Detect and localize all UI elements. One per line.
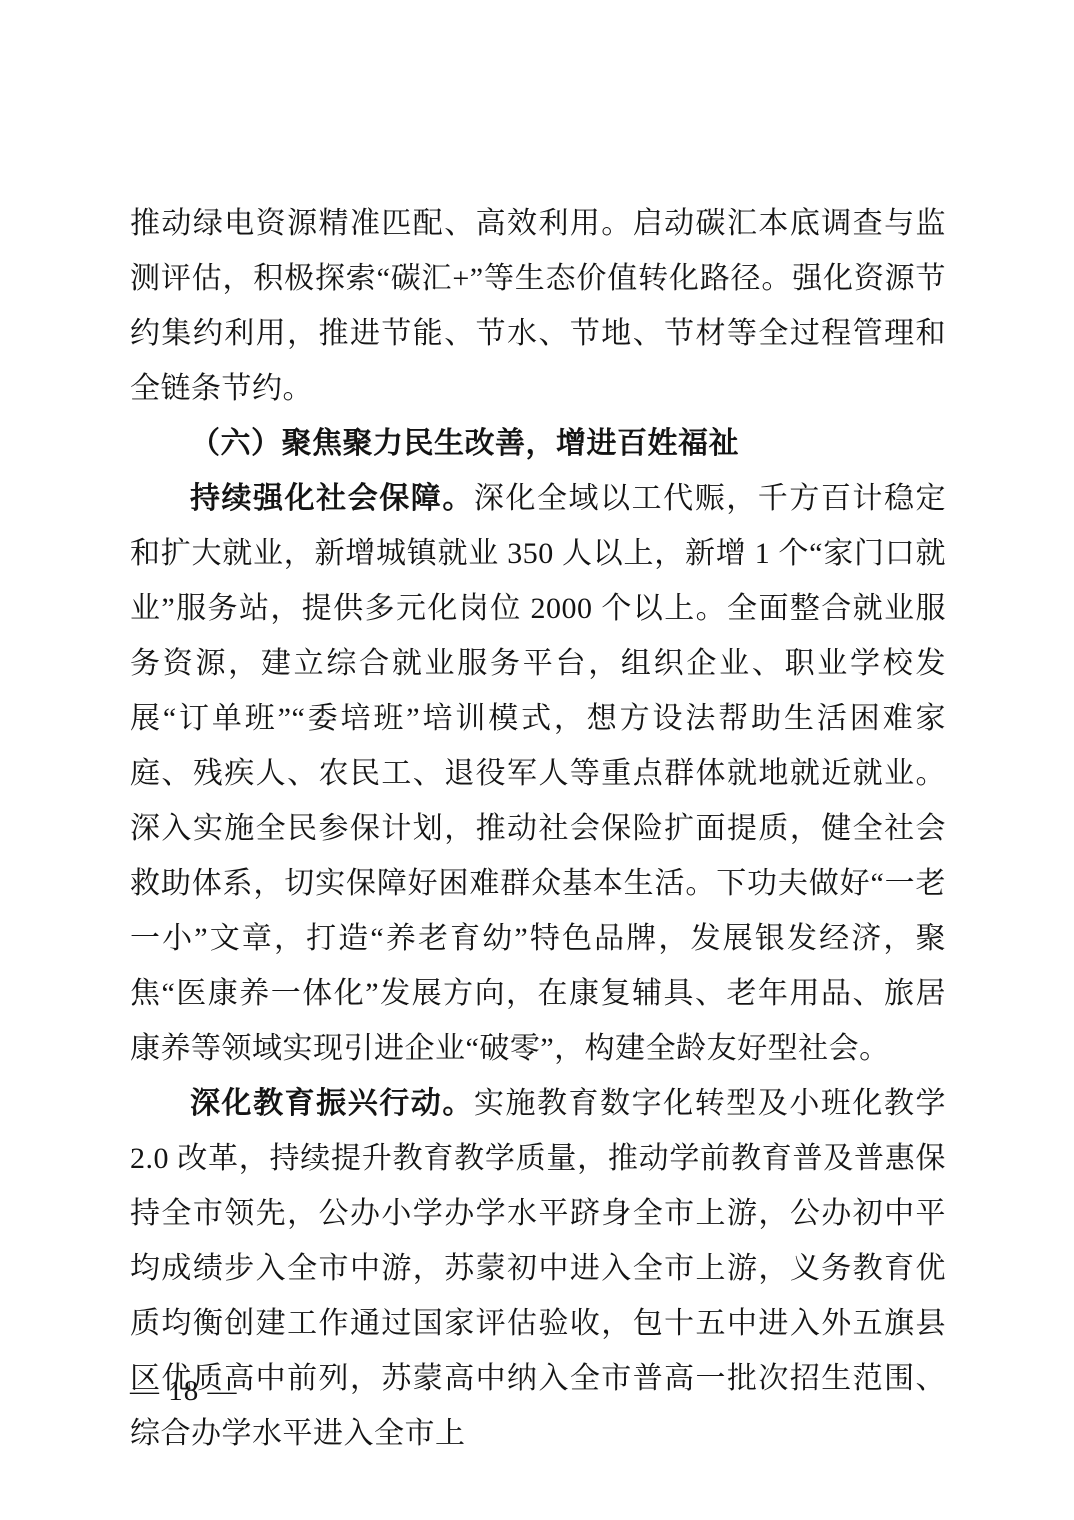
- section-heading: （六）聚焦聚力民生改善，增进百姓福祉: [130, 416, 946, 471]
- paragraph-lead-bold: 持续强化社会保障。: [190, 482, 474, 515]
- paragraph-lead-bold: 深化教育振兴行动。: [190, 1087, 474, 1120]
- document-page: 推动绿电资源精准匹配、高效利用。启动碳汇本底调查与监测评估，积极探索“碳汇+”等…: [0, 0, 1074, 1520]
- section-heading-text: （六）聚焦聚力民生改善，增进百姓福祉: [190, 427, 739, 460]
- paragraph-text: 推动绿电资源精准匹配、高效利用。启动碳汇本底调查与监测评估，积极探索“碳汇+”等…: [130, 207, 946, 405]
- paragraph-education: 深化教育振兴行动。实施教育数字化转型及小班化教学 2.0 改革，持续提升教育教学…: [130, 1076, 946, 1461]
- document-body: 推动绿电资源精准匹配、高效利用。启动碳汇本底调查与监测评估，积极探索“碳汇+”等…: [130, 196, 946, 1461]
- paragraph-continuation: 推动绿电资源精准匹配、高效利用。启动碳汇本底调查与监测评估，积极探索“碳汇+”等…: [130, 196, 946, 416]
- paragraph-text: 深化全域以工代赈，千方百计稳定和扩大就业，新增城镇就业 350 人以上，新增 1…: [130, 482, 946, 1065]
- paragraph-text: 实施教育数字化转型及小班化教学 2.0 改革，持续提升教育教学质量，推动学前教育…: [130, 1087, 946, 1450]
- page-number: — 18 —: [130, 1370, 238, 1412]
- paragraph-social-security: 持续强化社会保障。深化全域以工代赈，千方百计稳定和扩大就业，新增城镇就业 350…: [130, 471, 946, 1076]
